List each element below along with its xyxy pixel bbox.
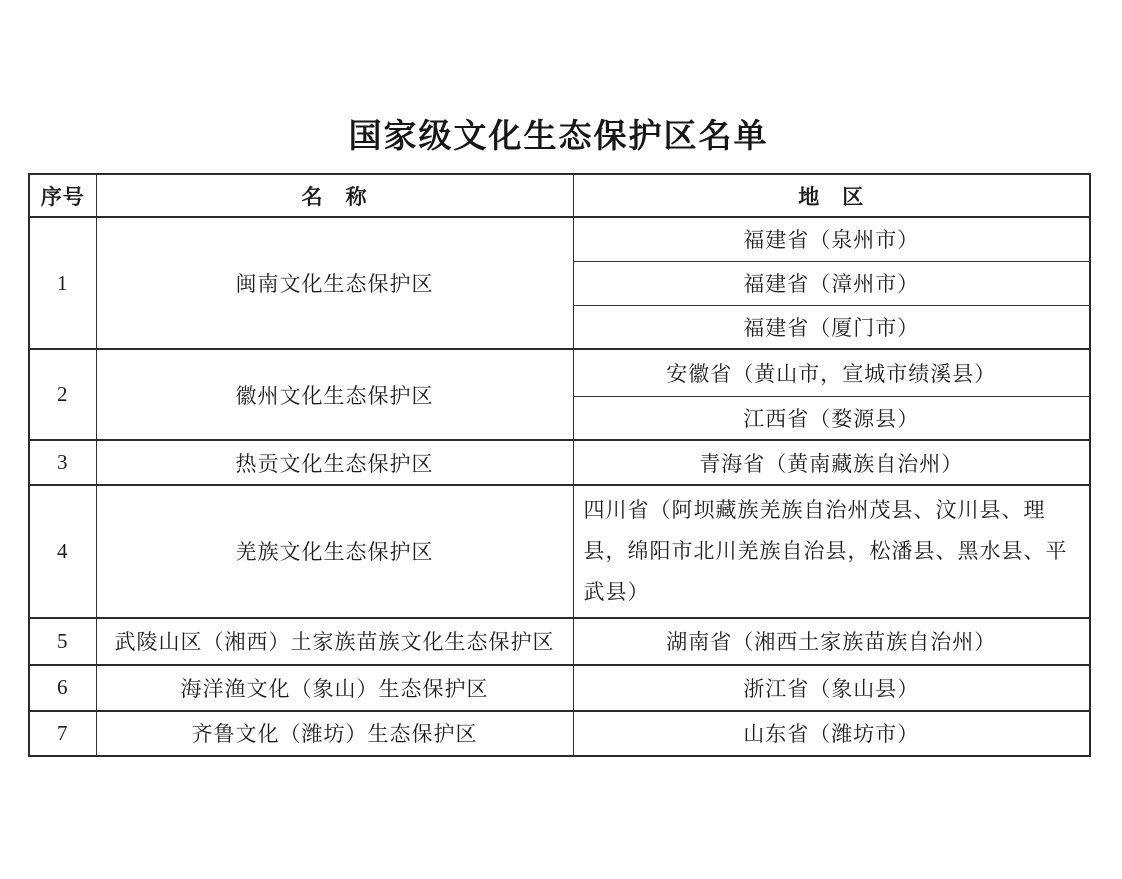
table-row: 1 闽南文化生态保护区 福建省（泉州市） [29, 217, 1090, 261]
zone-name-cell: 闽南文化生态保护区 [96, 217, 573, 349]
zone-name-cell: 羌族文化生态保护区 [96, 485, 573, 618]
row-number-cell: 6 [29, 665, 96, 711]
region-cell: 湖南省（湘西土家族苗族自治州） [573, 618, 1090, 665]
zone-name-cell: 武陵山区（湘西）土家族苗族文化生态保护区 [96, 618, 573, 665]
column-header-no: 序号 [29, 174, 96, 217]
row-number-cell: 3 [29, 440, 96, 485]
zone-name-cell: 齐鲁文化（潍坊）生态保护区 [96, 711, 573, 756]
column-header-name: 名 称 [96, 174, 573, 217]
row-number-cell: 4 [29, 485, 96, 618]
region-cell: 浙江省（象山县） [573, 665, 1090, 711]
zone-name-cell: 徽州文化生态保护区 [96, 349, 573, 440]
table-row: 4 羌族文化生态保护区 四川省（阿坝藏族羌族自治州茂县、汶川县、理县，绵阳市北川… [29, 485, 1090, 618]
row-number-cell: 7 [29, 711, 96, 756]
region-cell: 福建省（厦门市） [573, 305, 1090, 349]
table-header-row: 序号 名 称 地 区 [29, 174, 1090, 217]
region-cell: 安徽省（黄山市，宣城市绩溪县） [573, 349, 1090, 396]
table-row: 6 海洋渔文化（象山）生态保护区 浙江省（象山县） [29, 665, 1090, 711]
document-page: 国家级文化生态保护区名单 序号 名 称 地 区 1 闽南文化生态保护区 福建省（… [0, 0, 1122, 879]
row-number-cell: 5 [29, 618, 96, 665]
zone-name-cell: 热贡文化生态保护区 [96, 440, 573, 485]
table-row: 7 齐鲁文化（潍坊）生态保护区 山东省（潍坊市） [29, 711, 1090, 756]
column-header-region: 地 区 [573, 174, 1090, 217]
protection-zones-table: 序号 名 称 地 区 1 闽南文化生态保护区 福建省（泉州市） 福建省（漳州市）… [28, 173, 1091, 757]
table-row: 5 武陵山区（湘西）土家族苗族文化生态保护区 湖南省（湘西土家族苗族自治州） [29, 618, 1090, 665]
region-cell: 江西省（婺源县） [573, 396, 1090, 440]
region-cell: 福建省（泉州市） [573, 217, 1090, 261]
page-title: 国家级文化生态保护区名单 [28, 110, 1089, 157]
region-cell: 四川省（阿坝藏族羌族自治州茂县、汶川县、理县，绵阳市北川羌族自治县，松潘县、黑水… [573, 485, 1090, 618]
region-cell: 山东省（潍坊市） [573, 711, 1090, 756]
zone-name-cell: 海洋渔文化（象山）生态保护区 [96, 665, 573, 711]
table-row: 2 徽州文化生态保护区 安徽省（黄山市，宣城市绩溪县） [29, 349, 1090, 396]
row-number-cell: 2 [29, 349, 96, 440]
region-cell: 青海省（黄南藏族自治州） [573, 440, 1090, 485]
region-cell: 福建省（漳州市） [573, 261, 1090, 305]
table-row: 3 热贡文化生态保护区 青海省（黄南藏族自治州） [29, 440, 1090, 485]
row-number-cell: 1 [29, 217, 96, 349]
